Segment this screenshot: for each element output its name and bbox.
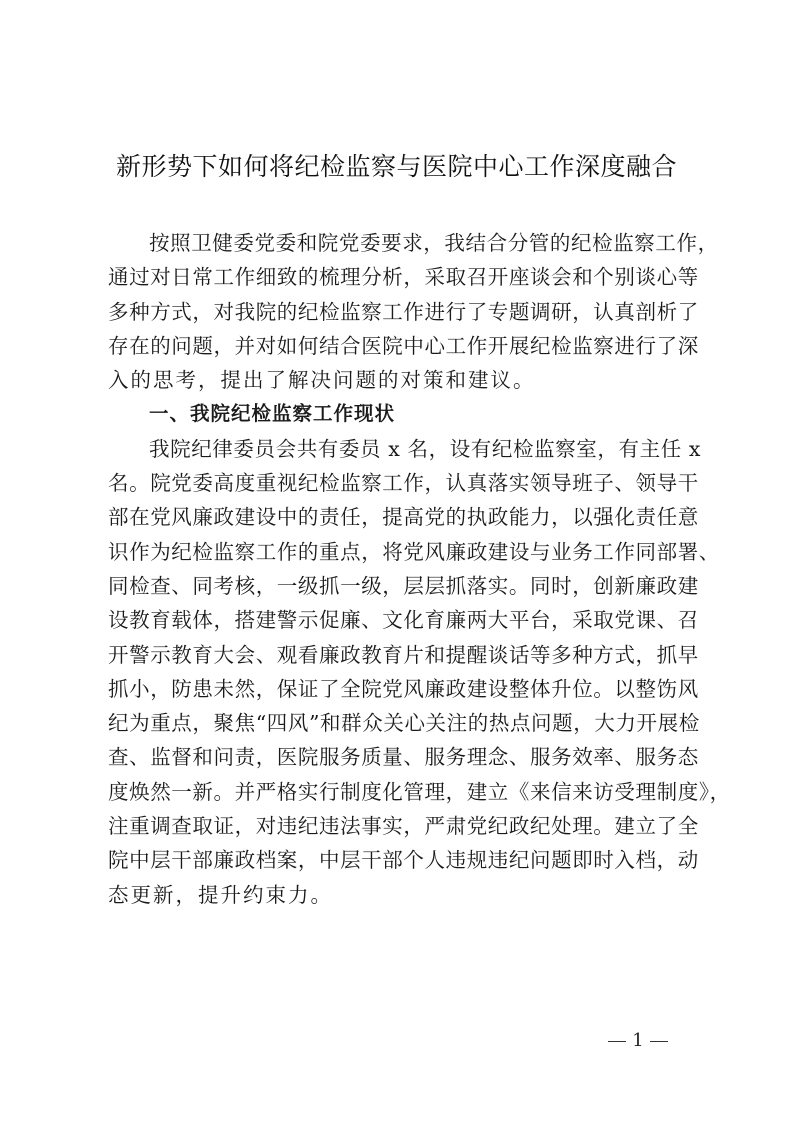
page-number: 1 <box>598 1030 678 1051</box>
text-line: 态更新，提升约束力。 <box>108 878 690 912</box>
document-title: 新形势下如何将纪检监察与医院中心工作深度融合 <box>0 150 793 184</box>
text-line: 部在党风廉政建设中的责任，提高党的执政能力，以强化责任意 <box>108 500 690 534</box>
text-line: 按照卫健委党委和院党委要求，我结合分管的纪检监察工作， <box>108 226 690 260</box>
heading-text: 一、我院纪检监察工作现状 <box>108 397 690 431</box>
text-line: 度焕然一新。并严格实行制度化管理，建立《来信来访受理制度》， <box>108 775 690 809</box>
text-line: 抓小，防患未然，保证了全院党风廉政建设整体升位。以整饬风 <box>108 672 690 706</box>
dash-left <box>608 1041 626 1042</box>
text-line: 名。院党委高度重视纪检监察工作，认真落实领导班子、领导干 <box>108 466 690 500</box>
text-line: 纪为重点，聚焦“四风”和群众关心关注的热点问题，大力开展检 <box>108 706 690 740</box>
document-page: 新形势下如何将纪检监察与医院中心工作深度融合 按照卫健委党委和院党委要求，我结合… <box>0 0 793 1122</box>
dash-right <box>650 1041 668 1042</box>
paragraph-intro: 按照卫健委党委和院党委要求，我结合分管的纪检监察工作， 通过对日常工作细致的梳理… <box>108 226 690 397</box>
text-line: 识作为纪检监察工作的重点，将党风廉政建设与业务工作同部署、 <box>108 535 690 569</box>
section-heading: 一、我院纪检监察工作现状 <box>108 397 690 431</box>
text-line: 设教育载体，搭建警示促廉、文化育廉两大平台，采取党课、召 <box>108 603 690 637</box>
text-line: 入的思考，提出了解决问题的对策和建议。 <box>108 363 690 397</box>
text-line: 开警示教育大会、观看廉政教育片和提醒谈话等多种方式，抓早 <box>108 638 690 672</box>
text-line: 多种方式，对我院的纪检监察工作进行了专题调研，认真剖析了 <box>108 295 690 329</box>
text-line: 通过对日常工作细致的梳理分析，采取召开座谈会和个别谈心等 <box>108 260 690 294</box>
text-line: 我院纪律委员会共有委员 x 名，设有纪检监察室，有主任 x <box>108 432 690 466</box>
text-line: 存在的问题，并对如何结合医院中心工作开展纪检监察进行了深 <box>108 329 690 363</box>
page-number-value: 1 <box>632 1030 643 1051</box>
document-body: 按照卫健委党委和院党委要求，我结合分管的纪检监察工作， 通过对日常工作细致的梳理… <box>108 226 690 912</box>
text-line: 院中层干部廉政档案，中层干部个人违规违纪问题即时入档，动 <box>108 843 690 877</box>
text-line: 注重调查取证，对违纪违法事实，严肃党纪政纪处理。建立了全 <box>108 809 690 843</box>
text-line: 同检查、同考核，一级抓一级，层层抓落实。同时，创新廉政建 <box>108 569 690 603</box>
text-line: 查、监督和问责，医院服务质量、服务理念、服务效率、服务态 <box>108 740 690 774</box>
paragraph-status: 我院纪律委员会共有委员 x 名，设有纪检监察室，有主任 x 名。院党委高度重视纪… <box>108 432 690 912</box>
